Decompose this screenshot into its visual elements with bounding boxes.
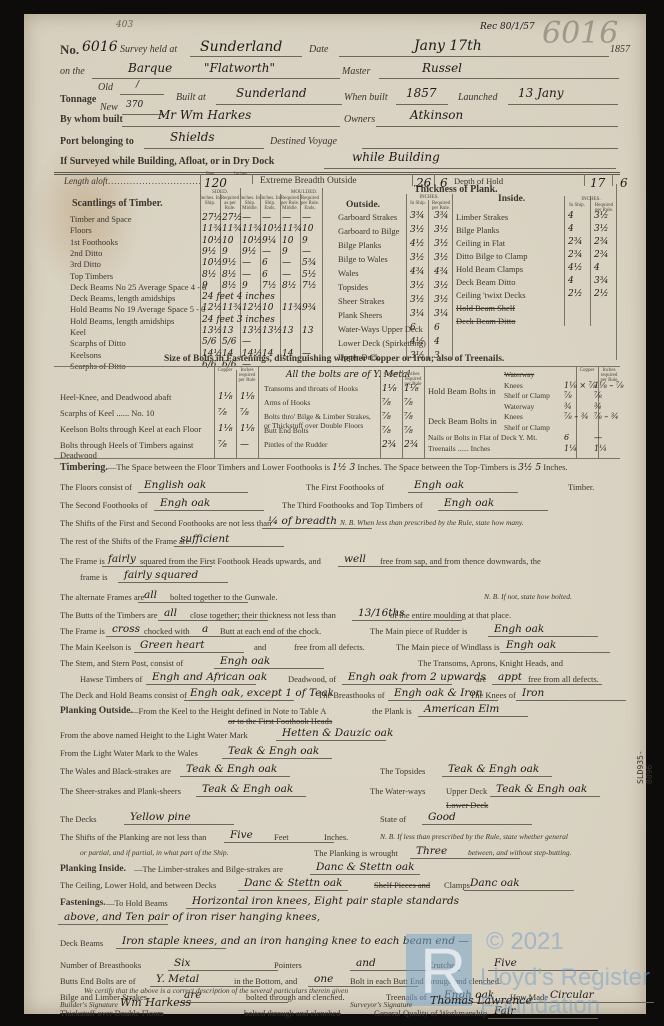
bolt-left-rule: ⅞ <box>240 408 249 418</box>
title: Planking Inside. <box>60 864 126 874</box>
date-label: Date <box>309 44 328 55</box>
hold-label: —To Hold Beams <box>106 898 168 908</box>
bolt-mid-label: Butt End Bolts <box>264 426 378 435</box>
bolt-left-rule: — <box>240 440 249 450</box>
l1: —The Limber-strakes and Bilge-strakes ar… <box>134 864 283 874</box>
inside-plank-label: Deck Beam Ditto <box>456 316 515 326</box>
scantling-cell: 6 <box>262 258 268 268</box>
hold-val-1: Horizontal iron knees, Eight pair staple… <box>192 895 459 907</box>
scantling-cell: 10 <box>222 236 233 246</box>
chock-val: cross <box>112 623 140 635</box>
rest-val: sufficient <box>180 533 229 545</box>
scantling-cell: 12½ <box>202 303 222 313</box>
scantling-cell: — <box>242 213 251 223</box>
bolt-right-ship: 6 <box>564 433 569 442</box>
scantling-row-label: Hold Beams, length amidships <box>70 316 174 326</box>
master-value: Russel <box>422 61 462 75</box>
outside-plank-rule: 3½ <box>434 239 448 249</box>
scantling-cell: 24 feet 4 inches <box>202 292 275 302</box>
beams-val: Engh oak, except 1 of Teak <box>190 687 334 699</box>
inside-plank-rule: 2½ <box>594 289 608 299</box>
outside-plank-rule: 3½ <box>434 253 448 263</box>
inside-plank-ship: 4½ <box>568 263 582 273</box>
bolt-left-rule: 1⅛ <box>240 392 254 402</box>
l3: From the Light Water Mark to the Wales <box>60 748 198 758</box>
title: Planking Outside. <box>60 706 133 716</box>
butt-val: Y. Metal <box>156 973 199 985</box>
bolt-mid-ship: ⅞ <box>382 412 391 422</box>
shifts-nb: N. B. When less than prescribed by the R… <box>340 518 524 527</box>
outside-plank-label: Garboard Strakes <box>338 212 397 222</box>
length-aloft-label: Length aloft <box>64 176 108 186</box>
outside-plank-ship: 3½ <box>410 281 424 291</box>
surveyor-signature: Thomas Lawrence <box>430 994 532 1007</box>
wrought-label: The Planking is wrought <box>314 848 398 858</box>
frame-label-c: free from sap, and from thence downwards… <box>380 556 541 566</box>
shifts-label: The Shifts of the Planking are not less … <box>60 832 206 842</box>
frame-val-d: fairly squared <box>124 569 198 581</box>
inside-plank-label: Hold Beam Clamps <box>456 264 523 274</box>
upper-deck-label: Upper Deck <box>446 786 487 796</box>
upper-deck-val: Teak & Engh oak <box>496 783 587 795</box>
butt-label-a: Butts End Bolts are of <box>60 976 136 986</box>
alt-val: all <box>144 589 157 601</box>
inside-plank-rule: 3½ <box>594 211 608 221</box>
clamps-label: Clamps <box>444 880 470 890</box>
bolt-mid-ship: 2¾ <box>382 440 396 450</box>
wrought-tail: between, and without step-butting. <box>468 848 572 857</box>
bolt-right-label: Knees <box>504 381 523 390</box>
scantling-cell: 11¾ <box>282 224 302 234</box>
outside-plank-ship: 3¼ <box>410 309 424 319</box>
frame-label-a: The Frame is <box>60 556 105 566</box>
scantling-row-label: 1st Foothooks <box>70 237 118 247</box>
outside-plank-rule: 3½ <box>434 225 448 235</box>
scantling-cell: — <box>302 213 311 223</box>
scantling-cell: 7½ <box>262 281 276 291</box>
owners-value: Atkinson <box>410 108 463 122</box>
scantling-cell: 9 <box>242 281 248 291</box>
timbering-line-1: Timbering.—The Space between the Floor T… <box>60 462 568 473</box>
frame-label-d: frame is <box>80 572 108 582</box>
hold-val-2: above, and Ten pair of iron riser hangin… <box>64 911 320 923</box>
butt-label-b: in the Bottom, and <box>234 976 297 986</box>
scantling-cell: 5/6 <box>202 337 216 347</box>
floors-label: The Floors consist of <box>60 482 132 492</box>
watermark-line1: Lloyd's Register <box>480 964 650 992</box>
built-at-value: Sunderland <box>236 86 307 100</box>
by-whom-built-value: Mr Wm Harkes <box>158 108 251 122</box>
report-number-value: 6016 <box>82 39 118 55</box>
state-label: State of <box>380 814 406 824</box>
l1-val: Danc & Stettn oak <box>316 861 414 873</box>
outside-plank-rule: 3¾ <box>434 211 448 221</box>
bolt-right-rule: 1⅛ – ⅞ <box>594 381 624 390</box>
builder-signature: Wm Harkess <box>120 996 191 1009</box>
bolt-mid-rule: ⅞ <box>404 426 413 436</box>
master-label: Master <box>342 66 370 77</box>
l1-struck: or to the First Foothook Heads <box>228 716 332 726</box>
wales-val: Teak & Engh oak <box>186 763 277 775</box>
destined-voyage-label: Destined Voyage <box>270 136 337 147</box>
first-fh-label: The First Foothooks of <box>306 482 384 492</box>
state-val: Good <box>428 811 456 823</box>
hold-beam-bolts-label: Hold Beam Bolts in <box>428 386 496 396</box>
scantling-cell: 11¾ <box>222 303 242 313</box>
scantling-cell: 9 <box>282 247 288 257</box>
bolt-right-ship: ⅞ – ¾ <box>564 412 589 421</box>
bolt-right-label: Shelf or Clamp <box>504 423 550 432</box>
topsides-val: Teak & Engh oak <box>448 763 539 775</box>
ceiling-val: Danc & Stettn oak <box>244 877 342 889</box>
scantling-row-label: Timber and Space <box>70 214 132 224</box>
scantling-cell: 13½ <box>202 326 222 336</box>
built-at-label: Built at <box>176 92 206 103</box>
scantling-cell: — <box>282 213 291 223</box>
bolt-right-rule: 1¼ <box>594 444 607 453</box>
first-fh-val: Engh oak <box>414 479 464 491</box>
alt-label-a: The alternate Frames are <box>60 592 144 602</box>
wrought-val: Three <box>416 845 447 857</box>
outside-plank-ship: 4¾ <box>410 267 424 277</box>
scantling-cell: 8½ <box>282 281 296 291</box>
shifts-val: Five <box>230 829 253 841</box>
scantling-row-label: Keelsons <box>70 350 101 360</box>
on-the-label: on the <box>60 66 85 77</box>
bolt-left-label: Bolts through Heels of Timbers against D… <box>60 440 210 460</box>
inside-plank-label: Ceiling in Flat <box>456 238 505 248</box>
scantling-cell: 5¾ <box>302 258 316 268</box>
scantling-cell: 24 feet 3 inches <box>202 315 275 325</box>
corner-note: Rec 80/1/57 <box>480 22 535 32</box>
when-built-value: 1857 <box>406 86 437 100</box>
breadth-label: Extreme Breadth Outside <box>260 176 357 186</box>
bolt-mid-label: Pintles of the Rudder <box>264 440 378 449</box>
rest-label: The rest of the Shifts of the Frame are <box>60 536 189 546</box>
bolt-right-rule: ¾ <box>594 402 602 411</box>
bolt-right-rule: ⅞ <box>594 391 602 400</box>
windlass-label: The Main piece of Windlass is <box>396 642 500 652</box>
owners-label: Owners <box>344 114 375 125</box>
bolt-mid-label: Arms of Hooks <box>264 398 378 407</box>
inside-plank-ship: 4 <box>568 211 574 221</box>
inside-plank-label: Ceiling 'twixt Decks <box>456 290 526 300</box>
outside-plank-label: Bilge Planks <box>338 240 381 250</box>
scantling-cell: 10 <box>282 236 293 246</box>
l1: —From the Keel to the Height defined in … <box>130 706 326 716</box>
scantling-cell: 11¾ <box>222 224 242 234</box>
breasthooks-val: Six <box>174 957 190 969</box>
inches-label: Inches. <box>324 832 348 842</box>
bolt-right-rule: — <box>594 433 602 442</box>
outside-plank-ship: 6 <box>410 323 416 333</box>
keelson-val: Green heart <box>140 639 204 651</box>
survey-held-at-value: Sunderland <box>200 39 282 55</box>
third-fh-val: Engh oak <box>444 497 494 509</box>
plank-title: Thickness of Plank. <box>414 184 498 195</box>
new-value: 370 <box>126 100 143 110</box>
scantling-cell: — <box>282 258 291 268</box>
scantling-cell: 13 <box>222 326 233 336</box>
bolt-right-label: Shelf or Clamp <box>504 391 550 400</box>
date-value: Jany 17th <box>414 38 482 54</box>
frame-val-b: well <box>344 553 366 565</box>
frame-label-b: squared from the First Foothook Heads up… <box>140 556 321 566</box>
sheer-val: Teak & Engh oak <box>202 783 293 795</box>
scantling-cell: 10½ <box>202 258 222 268</box>
ceiling-label: The Ceiling, Lower Hold, and between Dec… <box>60 880 216 890</box>
scantling-row-label: Deck Beams No 25 Average Space 4 - 6 <box>70 282 206 292</box>
scantling-cell: 8½ <box>202 270 216 280</box>
decks-label: The Decks <box>60 814 97 824</box>
clamps-val: Danc oak <box>470 877 520 889</box>
l3-val: Teak & Engh oak <box>228 745 319 757</box>
outside-plank-ship: 3¾ <box>410 211 424 221</box>
scantling-row-label: Top Timbers <box>70 271 113 281</box>
quality-label: General Quality of Workmanship <box>374 1008 487 1018</box>
bolt-mid-label: Transoms and throats of Hooks <box>264 384 378 393</box>
outside-plank-ship: 3½ <box>410 225 424 235</box>
floors-val: English oak <box>144 479 206 491</box>
bolt-mid-ship: 1⅛ <box>382 384 396 394</box>
old-value: / <box>136 80 139 90</box>
breasthooks-label: Number of Breasthooks <box>60 960 141 970</box>
second-fh-val: Engh oak <box>160 497 210 509</box>
feet-label: Feet <box>274 832 289 842</box>
decks-val: Yellow pine <box>130 811 191 823</box>
builder-signature-label: Builder's Signature <box>60 1000 118 1009</box>
scantling-cell: — <box>242 258 251 268</box>
inside-plank-label: Limber Strakes <box>456 212 508 222</box>
launched-label: Launched <box>458 92 497 103</box>
outside-plank-ship: 3½ <box>410 253 424 263</box>
scantling-cell: 9½ <box>242 247 256 257</box>
stem-label: The Stem, and Stern Post, consist of <box>60 658 183 668</box>
scantling-cell: 27½ <box>202 213 222 223</box>
inside-plank-rule: 2¾ <box>594 237 608 247</box>
scantling-cell: 13½ <box>242 326 262 336</box>
scantling-cell: 13 <box>282 326 293 336</box>
hawse-label: Hawse Timbers of <box>80 674 142 684</box>
bolt-left-label: Heel-Knee, and Deadwood abaft <box>60 392 210 402</box>
deadwood-are: are <box>476 674 486 684</box>
bolt-left-label: Scarphs of Keel ...... No. 10 <box>60 408 210 418</box>
bolt-right-ship: 1⅛ × ⅞ <box>564 381 596 390</box>
scantling-cell: 11¾ <box>242 224 262 234</box>
scantling-cell: 11¾ <box>202 224 222 234</box>
l2-val: Hetten & Dauzic oak <box>282 727 393 739</box>
bolt-right-ship: 1¼ <box>564 444 577 453</box>
scantling-row-label: Hold Beams No 19 Average Space 5 - 0 <box>70 304 205 314</box>
pencil-note: 403 <box>116 20 133 30</box>
bolt-mid-rule: 1⅛ <box>404 384 418 394</box>
outside-plank-ship: 4½ <box>410 337 424 347</box>
outside-plank-rule: 4¾ <box>434 267 448 277</box>
pointers-val: and <box>356 957 376 969</box>
outside-plank-label: Plank Sheers <box>338 310 382 320</box>
outside-plank-ship: 3½ <box>410 295 424 305</box>
vessel-name: "Flatworth" <box>204 61 275 75</box>
shifts-nb: N. B. If less than prescribed by the Rul… <box>380 832 568 841</box>
bolt-mid-ship: ⅞ <box>382 398 391 408</box>
scantling-cell: 9¼ <box>262 236 276 246</box>
deadwood-free: free from all defects. <box>528 674 599 684</box>
chock-val2: a <box>202 623 208 635</box>
plank-val: American Elm <box>424 703 499 715</box>
inside-plank-rule: 3¾ <box>594 276 608 286</box>
scantling-cell: 5/6 <box>222 337 236 347</box>
thickstuff-tail-struck: bolted through and clenched <box>244 1008 341 1018</box>
bolt-right-label: Nails or Bolts in Flat of Deck Y. Mt. <box>428 433 537 442</box>
bolt-right-rule: ⅞ – ¾ <box>594 412 619 421</box>
beams-label: The Deck and Hold Beams consist of <box>60 690 187 700</box>
plank-label: the Plank is <box>372 706 412 716</box>
port-label: Port belonging to <box>60 136 134 147</box>
chock-label-c: Butt at each end of the chock. <box>220 626 321 636</box>
keelson-and: and <box>254 642 266 652</box>
butts-label-a: The Butts of the Timbers are <box>60 610 158 620</box>
corner-number: 6016 <box>542 16 618 51</box>
bolt-mid-rule: ⅞ <box>404 398 413 408</box>
butt-val2: one <box>314 973 333 985</box>
scantling-cell: 9½ <box>222 258 236 268</box>
bolt-right-label: Waterway <box>504 370 534 379</box>
scantling-row-label: Floors <box>70 225 92 235</box>
outside-plank-rule: 6 <box>434 323 440 333</box>
launched-value: 13 Jany <box>518 86 564 100</box>
deadwood-val: Engh oak from 2 upwards <box>348 671 486 683</box>
scantling-row-label: Deck Beams, length amidships <box>70 293 175 303</box>
scantling-cell: 11¾ <box>282 303 302 313</box>
rudder-label: The Main piece of Rudder is <box>370 626 467 636</box>
third-fh-label: The Third Foothooks and Top Timbers of <box>282 500 423 510</box>
scantling-cell: 8½ <box>222 270 236 280</box>
outside-plank-rule: 4 <box>434 337 440 347</box>
scantling-cell: — <box>242 270 251 280</box>
butts-val: all <box>164 607 177 619</box>
waterways-label: The Water-ways <box>370 786 425 796</box>
scantling-cell: 9¾ <box>302 303 316 313</box>
keelson-free: free from all defects. <box>294 642 365 652</box>
inside-plank-ship: 4 <box>568 276 574 286</box>
chock-label-a: The Frame is <box>60 626 105 636</box>
scantling-cell: 10 <box>262 303 273 313</box>
scantling-cell: — <box>242 337 251 347</box>
bolt-left-rule: 1⅛ <box>240 424 254 434</box>
bolt-left-ship: ⅞ <box>218 440 227 450</box>
survey-held-at-label: Survey held at <box>120 44 177 55</box>
surveyor-signature-label: Surveyor's Signature <box>350 1000 412 1009</box>
survey-report-page: No. 6016 403 Survey held at Sunderland D… <box>24 14 646 1014</box>
deadwood-label: Deadwood, of <box>288 674 336 684</box>
shifts-label: The Shifts of the First and Second Footh… <box>60 518 271 528</box>
bolt-left-label: Keelson Bolts through Keel at each Floor <box>60 424 210 434</box>
scantling-cell: — <box>262 213 271 223</box>
scantling-cell: 5½ <box>302 270 316 280</box>
deadwood-are-val: appt <box>498 671 522 683</box>
title: Fastenings. <box>60 898 106 908</box>
hawse-val: Engh and African oak <box>152 671 267 683</box>
inside-plank-rule: 3½ <box>594 224 608 234</box>
inside-plank-label: Bilge Planks <box>456 225 499 235</box>
outside-plank-label: Bilge to Wales <box>338 254 388 264</box>
when-built-label: When built <box>344 92 388 103</box>
knees-label: The Knees of <box>470 690 516 700</box>
scantling-cell: 9½ <box>202 247 216 257</box>
knees-val: Iron <box>522 687 544 699</box>
scantling-cell: 10½ <box>262 224 282 234</box>
aprons-label: The Transoms, Aprons, Knight Heads, and <box>418 658 563 668</box>
scantling-row-label: 3rd Ditto <box>70 259 101 269</box>
lower-deck-label: Lower Deck <box>446 800 488 810</box>
depth-inches: 6 <box>620 176 628 190</box>
scantling-cell: — <box>282 270 291 280</box>
bolt-left-ship: ⅞ <box>218 408 227 418</box>
scantling-cell: 10½ <box>202 236 222 246</box>
watermark-year: © 2021 <box>486 928 564 956</box>
depth-feet: 17 <box>590 176 605 190</box>
deck-beam-bolts-label: Deck Beam Bolts in <box>428 416 497 426</box>
scantling-cell: 8½ <box>222 281 236 291</box>
inside-plank-rule: 2¾ <box>594 250 608 260</box>
timber-label: Timber. <box>568 482 594 492</box>
certification-text: We certify that the above is a correct d… <box>84 986 348 995</box>
bolt-left-ship: 1⅛ <box>218 392 232 402</box>
scantling-row-label: Keel <box>70 327 86 337</box>
tonnage-label: Tonnage <box>60 94 96 105</box>
inside-plank-label: Ditto Bilge to Clamp <box>456 251 528 261</box>
alt-label-b: bolted together to the Gunwale. <box>170 592 277 602</box>
bolt-mid-ship: ⅞ <box>382 426 391 436</box>
bolt-left-ship: 1⅛ <box>218 424 232 434</box>
bolt-mid-rule: ⅞ <box>404 412 413 422</box>
outside-plank-label: Garboard to Bilge <box>338 226 399 236</box>
scantling-cell: 13 <box>302 326 313 336</box>
port-value: Shields <box>170 130 215 144</box>
frame-val-a: fairly <box>108 553 136 565</box>
scantling-cell: 10½ <box>242 236 262 246</box>
outside-plank-label: Wales <box>338 268 359 278</box>
outside-plank-rule: 3½ <box>434 295 448 305</box>
topsides-label: The Topsides <box>380 766 425 776</box>
inside-plank-ship: 2¾ <box>568 250 582 260</box>
bolt-right-label: Waterway <box>504 402 534 411</box>
scantling-row-label: 2nd Ditto <box>70 248 102 258</box>
scantling-cell: 9 <box>202 281 208 291</box>
by-whom-built-label: By whom built <box>60 114 123 125</box>
report-number-label: No. <box>60 42 79 58</box>
windlass-val: Engh oak <box>506 639 556 651</box>
bolt-right-ship: ⅞ <box>564 391 572 400</box>
outside-plank-label: Sheer Strakes <box>338 296 385 306</box>
new-label: New <box>100 102 118 113</box>
shifts-val: ¼ of breadth <box>268 515 337 527</box>
chock-label-b: chocked with <box>144 626 190 636</box>
sheer-label: The Sheer-strakes and Plank-sheers <box>60 786 181 796</box>
inside-plank-ship: 2¾ <box>568 237 582 247</box>
surveyed-value: while Building <box>352 150 440 164</box>
archive-reference: SLD935-0096 <box>636 750 654 784</box>
scantling-cell: 12½ <box>242 303 262 313</box>
butts-label-c: of the entire moulding at that place. <box>390 610 511 620</box>
breasthooks-label: The Breasthooks of <box>318 690 385 700</box>
bolt-right-ship: ¾ <box>564 402 572 411</box>
inside-plank-ship: 2½ <box>568 289 582 299</box>
bolt-right-label: Treenails ...... Inches <box>428 444 490 453</box>
inside-plank-label: Deck Beam Ditto <box>456 277 515 287</box>
outside-title: Outside. <box>346 200 380 210</box>
surveyed-label: If Surveyed while Building, Afloat, or i… <box>60 156 274 167</box>
